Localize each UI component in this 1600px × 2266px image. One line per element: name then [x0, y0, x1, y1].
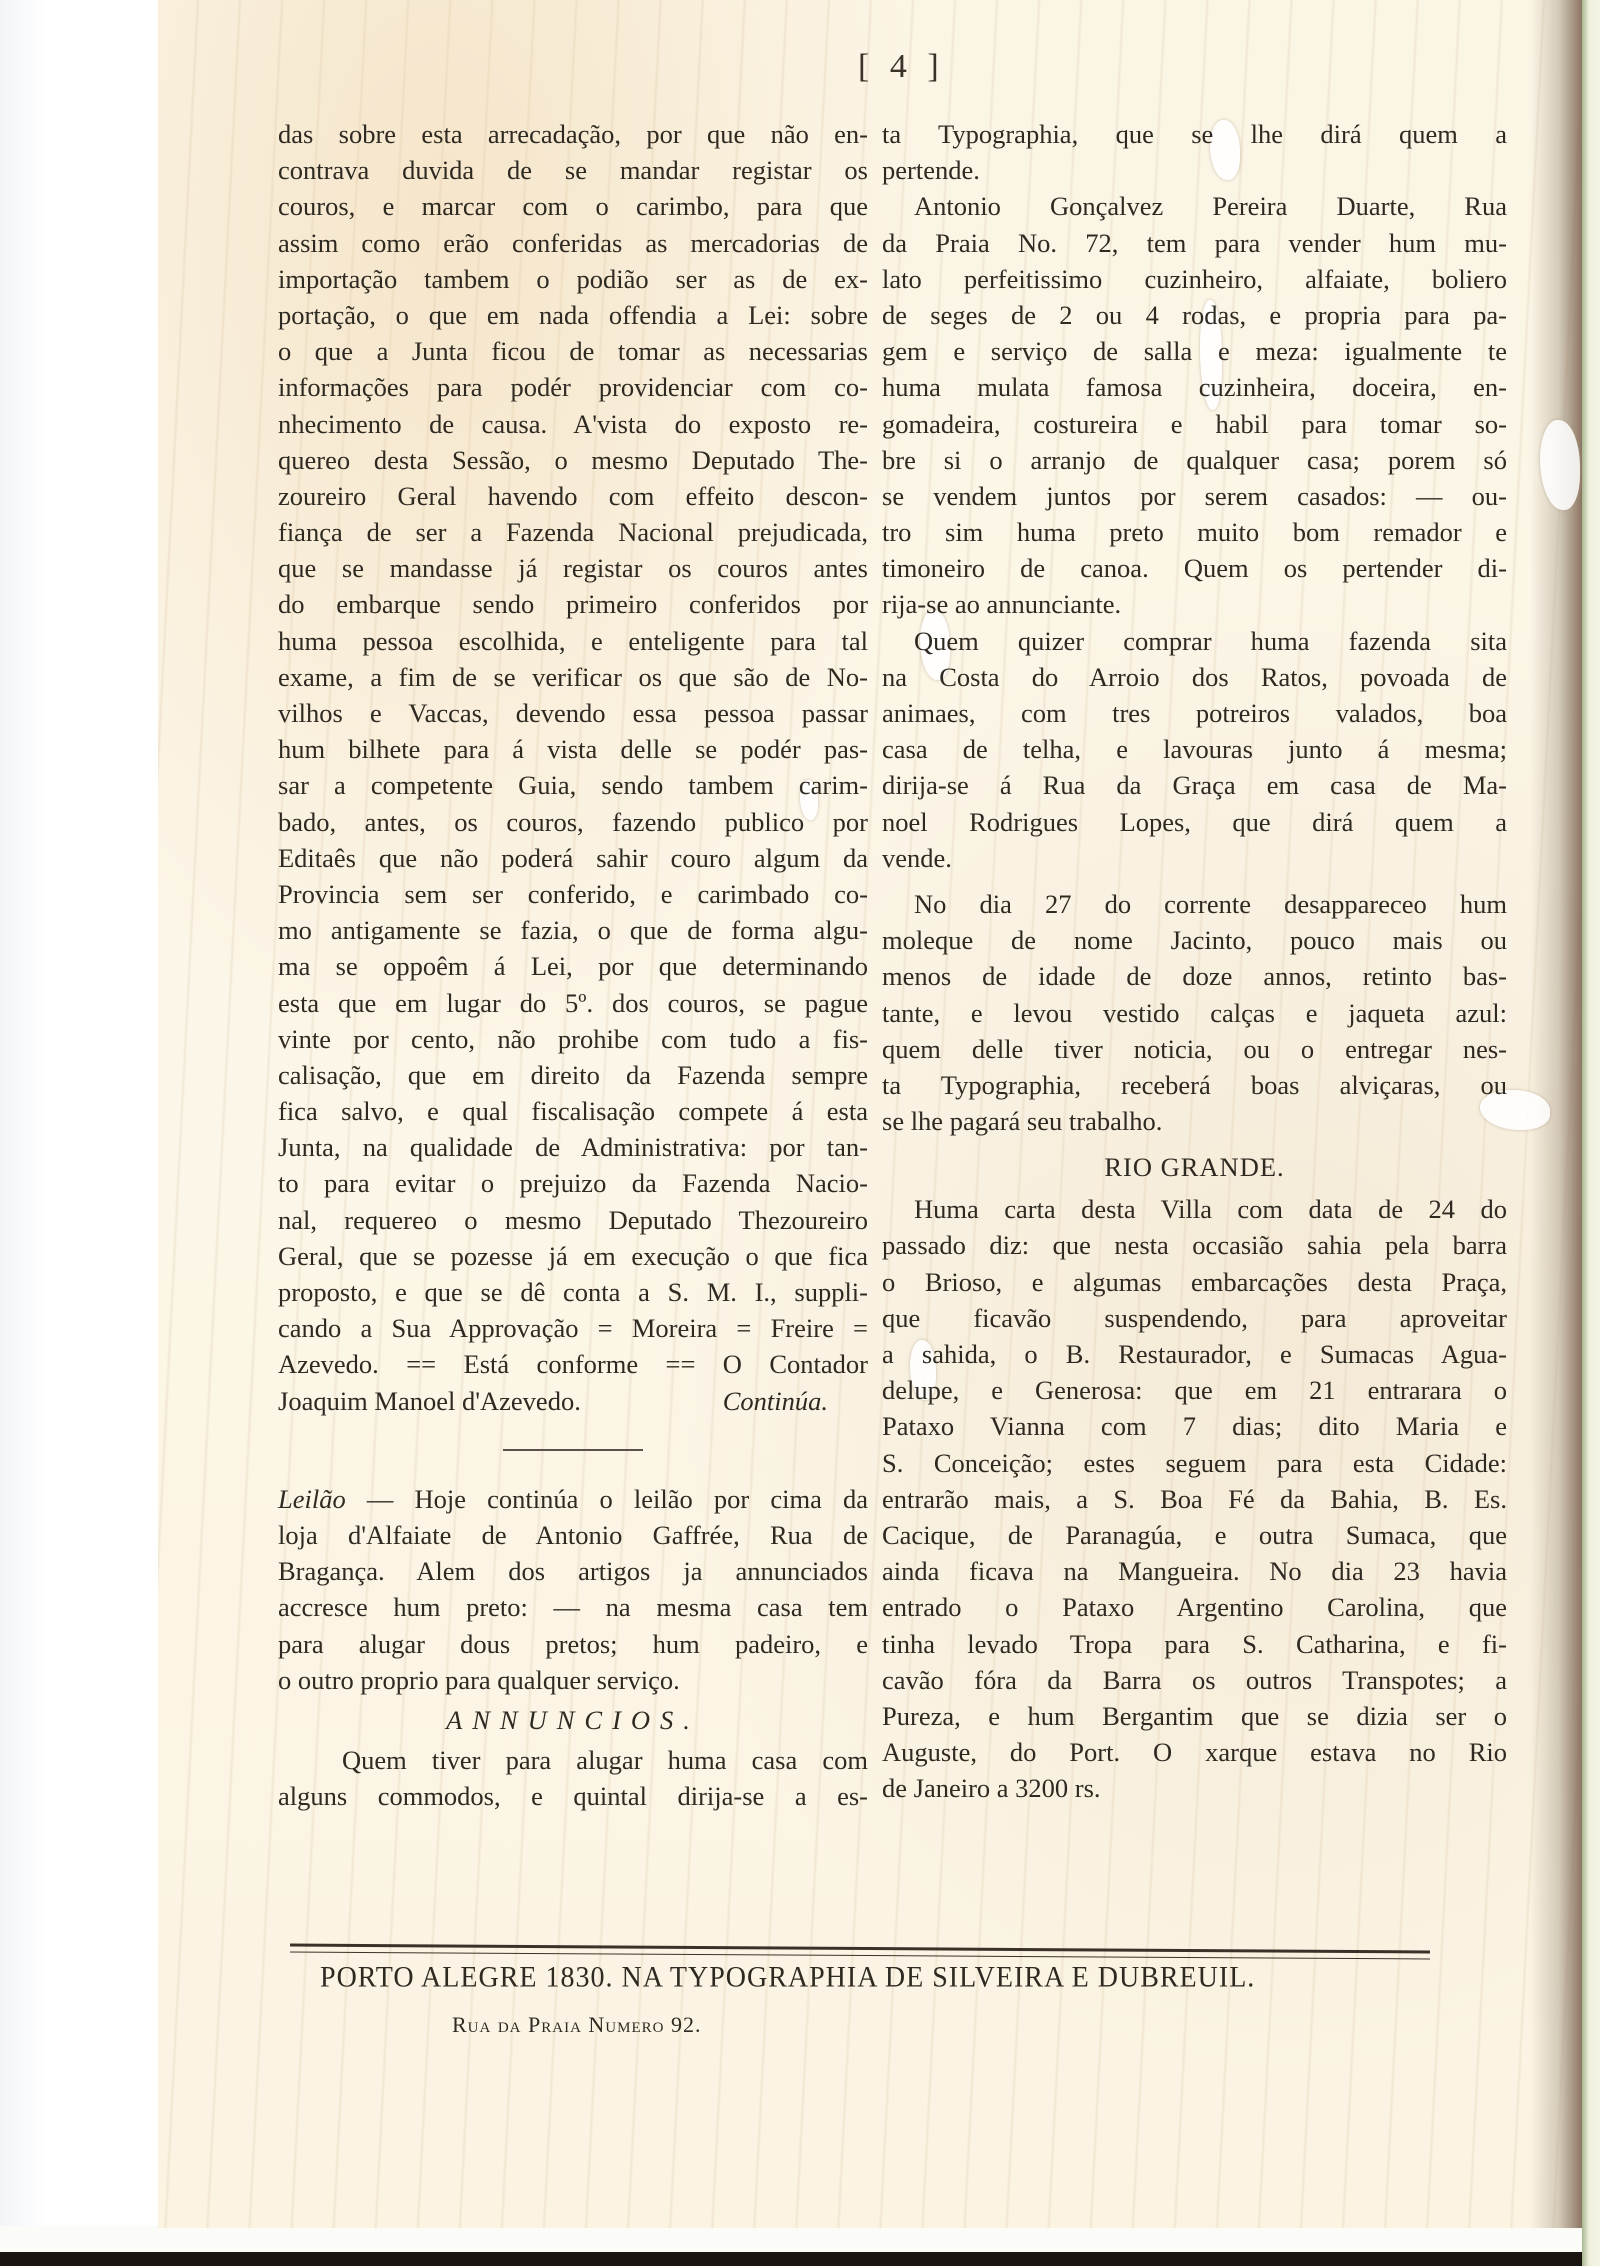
report-line: o Brioso, e algumas embarcações desta Pr…	[882, 1264, 1507, 1300]
annuncio-line: Quem quizer comprar huma fazenda sita	[882, 623, 1507, 659]
section-divider	[503, 1449, 643, 1451]
report-line: Pataxo Vianna com 7 dias; dito Maria e	[882, 1408, 1507, 1444]
annuncio-house-rental: Quem tiver para alugar huma casa com alg…	[278, 1742, 868, 1814]
annuncio-line: se lhe pagará seu trabalho.	[882, 1103, 1507, 1139]
leilao-first-line: Leilão — Hoje continúa o leilão por cima…	[278, 1481, 868, 1517]
report-line: entrarão mais, a S. Boa Fé da Bahia, B. …	[882, 1481, 1507, 1517]
leilao-title: Leilão	[278, 1484, 346, 1514]
article-line: o que a Junta ficou de tomar as necessar…	[278, 333, 868, 369]
report-line: que ficavão suspendendo, para aproveitar	[882, 1300, 1507, 1336]
annuncio-line: alguns commodos, e quintal dirija-se a e…	[278, 1778, 868, 1814]
leilao-line: loja d'Alfaiate de Antonio Gaffrée, Rua …	[278, 1517, 868, 1553]
annuncio-house-rental-continued: ta Typographia, que se lhe dirá quem a p…	[882, 116, 1507, 188]
annuncio-line: Quem tiver para alugar huma casa com	[278, 1742, 868, 1778]
article-line: sar a competente Guia, sendo tambem cari…	[278, 767, 868, 803]
report-line: passado diz: que nesta occasião sahia pe…	[882, 1227, 1507, 1263]
annuncio-line: pertende.	[882, 152, 1507, 188]
article-line: esta que em lugar do 5º. dos couros, se …	[278, 985, 868, 1021]
article-line: exame, a fim de se verificar os que são …	[278, 659, 868, 695]
report-line: ainda ficava na Mangueira. No dia 23 hav…	[882, 1553, 1507, 1589]
article-line: vilhos e Vaccas, devendo essa pessoa pas…	[278, 695, 868, 731]
article-line: bado, antes, os couros, fazendo publico …	[278, 804, 868, 840]
leilao-notice: Leilão — Hoje continúa o leilão por cima…	[278, 1481, 868, 1698]
report-line: entrado o Pataxo Argentino Carolina, que	[882, 1589, 1507, 1625]
article-line: fiança de ser a Fazenda Nacional prejudi…	[278, 514, 868, 550]
right-edge-strip	[1582, 0, 1600, 2266]
leilao-line: Bragança. Alem dos artigos ja annunciado…	[278, 1553, 868, 1589]
article-line: Editaês que não poderá sahir couro algum…	[278, 840, 868, 876]
annuncio-line: rija-se ao annunciante.	[882, 586, 1507, 622]
annuncio-farm-for-sale: Quem quizer comprar huma fazenda sita na…	[882, 623, 1507, 876]
article-line: assim como erão conferidas as mercadoria…	[278, 225, 868, 261]
annuncio-line: quem delle tiver noticia, ou o entregar …	[882, 1031, 1507, 1067]
report-line: Cacique, de Paranagúa, e outra Sumaca, q…	[882, 1517, 1507, 1553]
rio-grande-report: Huma carta desta Villa com data de 24 do…	[882, 1191, 1507, 1806]
annuncio-line: No dia 27 do corrente desappareceo hum	[882, 886, 1507, 922]
annuncio-line: se vendem juntos por serem casados: — ou…	[882, 478, 1507, 514]
article-line: das sobre esta arrecadação, por que não …	[278, 116, 868, 152]
article-line: Provincia sem ser conferido, e carimbado…	[278, 876, 868, 912]
article-line: Junta, na qualidade de Administrativa: p…	[278, 1129, 868, 1165]
leilao-line: para alugar dous pretos; hum padeiro, e	[278, 1626, 868, 1662]
annuncio-line: bre si o arranjo de qualquer casa; porem…	[882, 442, 1507, 478]
left-column: das sobre esta arrecadação, por que não …	[278, 116, 868, 1814]
article-line: vinte por cento, não prohibe com tudo a …	[278, 1021, 868, 1057]
report-line: de Janeiro a 3200 rs.	[882, 1770, 1507, 1806]
scan-background-bottom	[0, 2226, 1600, 2252]
annuncio-line: dirija-se á Rua da Graça em casa de Ma-	[882, 767, 1507, 803]
article-line: huma pessoa escolhida, e enteligente par…	[278, 623, 868, 659]
annuncio-line: da Praia No. 72, tem para vender hum mu-	[882, 225, 1507, 261]
annuncio-line: ta Typographia, que se lhe dirá quem a	[882, 116, 1507, 152]
annuncio-line: tro sim huma preto muito bom remador e	[882, 514, 1507, 550]
page-number: [ 4 ]	[858, 48, 945, 86]
article-line: cando a Sua Approvação = Moreira = Freir…	[278, 1310, 868, 1346]
annuncio-line: na Costa do Arroio dos Ratos, povoada de	[882, 659, 1507, 695]
annuncio-line: animaes, com tres potreiros valados, boa	[882, 695, 1507, 731]
annuncio-slaves-for-sale: Antonio Gonçalvez Pereira Duarte, Rua da…	[882, 188, 1507, 622]
article-line: mo antigamente se fazia, o que de forma …	[278, 912, 868, 948]
article-line: hum bilhete para á vista delle se podér …	[278, 731, 868, 767]
annuncios-heading: ANNUNCIOS.	[278, 1700, 868, 1740]
scan-background-left	[0, 0, 160, 2266]
scan-edge-dark	[0, 2252, 1600, 2266]
annuncio-line: casa de telha, e lavouras junto á mesma;	[882, 731, 1507, 767]
article-line: do embarque sendo primeiro conferidos po…	[278, 586, 868, 622]
right-column: ta Typographia, que se lhe dirá quem a p…	[882, 116, 1507, 1806]
article-line: informações para podér providenciar com …	[278, 369, 868, 405]
leilao-dash: —	[346, 1484, 415, 1514]
article-line: ma se oppoêm á Lei, por que determinando	[278, 948, 868, 984]
annuncio-line: lato perfeitissimo cuzinheiro, alfaiate,…	[882, 261, 1507, 297]
report-line: tinha levado Tropa para S. Catharina, e …	[882, 1626, 1507, 1662]
annuncio-line: moleque de nome Jacinto, pouco mais ou	[882, 922, 1507, 958]
article-line: quereo desta Sessão, o mesmo Deputado Th…	[278, 442, 868, 478]
imprint-address: Rua da Praia Numero 92.	[452, 2012, 701, 2038]
article-line: que se mandasse já registar os couros an…	[278, 550, 868, 586]
article-line: nal, requereo o mesmo Deputado Thezourei…	[278, 1202, 868, 1238]
article-line: nhecimento de causa. A'vista do exposto …	[278, 406, 868, 442]
article-line: couros, e marcar com o carimbo, para que	[278, 188, 868, 224]
article-line: Geral, que se pozesse já em execução o q…	[278, 1238, 868, 1274]
article-line: contrava duvida de se mandar registar os	[278, 152, 868, 188]
report-line: Auguste, do Port. O xarque estava no Rio	[882, 1734, 1507, 1770]
article-line: fica salvo, e qual fiscalisação compete …	[278, 1093, 868, 1129]
annuncio-line: gem e serviço de salla e meza: igualment…	[882, 333, 1507, 369]
report-line: a sahida, o B. Restaurador, e Sumacas Ag…	[882, 1336, 1507, 1372]
leilao-line: Hoje continúa o leilão por cima da	[415, 1484, 869, 1514]
article-continuation: das sobre esta arrecadação, por que não …	[278, 116, 868, 1419]
annuncio-line: timoneiro de canoa. Quem os pertender di…	[882, 550, 1507, 586]
article-line: portação, o que em nada offendia a Lei: …	[278, 297, 868, 333]
spacer	[882, 876, 1507, 886]
article-line: Azevedo. == Está conforme == O Contador	[278, 1346, 868, 1382]
leilao-line: accresce hum preto: — na mesma casa tem	[278, 1589, 868, 1625]
annuncio-line: ta Typographia, receberá boas alviçaras,…	[882, 1067, 1507, 1103]
annuncio-line: de seges de 2 ou 4 rodas, e propria para…	[882, 297, 1507, 333]
report-line: Huma carta desta Villa com data de 24 do	[882, 1191, 1507, 1227]
annuncio-line: gomadeira, costureira e habil para tomar…	[882, 406, 1507, 442]
article-line: proposto, e que se dê conta a S. M. I., …	[278, 1274, 868, 1310]
continued-note: Continúa.	[723, 1383, 828, 1419]
article-line: importação tambem o podião ser as de ex-	[278, 261, 868, 297]
annuncio-line: noel Rodrigues Lopes, que dirá quem a	[882, 804, 1507, 840]
article-line: to para evitar o prejuizo da Fazenda Nac…	[278, 1165, 868, 1201]
annuncio-line: huma mulata famosa cuzinheira, doceira, …	[882, 369, 1507, 405]
annuncio-line: Antonio Gonçalvez Pereira Duarte, Rua	[882, 188, 1507, 224]
article-line: zoureiro Geral havendo com effeito desco…	[278, 478, 868, 514]
report-line: Pureza, e hum Bergantim que se dizia ser…	[882, 1698, 1507, 1734]
article-signoff: Joaquim Manoel d'Azevedo. Continúa.	[278, 1383, 868, 1419]
annuncio-line: menos de idade de doze annos, retinto ba…	[882, 958, 1507, 994]
signoff-name: Joaquim Manoel d'Azevedo.	[278, 1383, 581, 1419]
annuncio-missing-boy: No dia 27 do corrente desappareceo hum m…	[882, 886, 1507, 1139]
report-line: S. Conceição; estes seguem para esta Cid…	[882, 1445, 1507, 1481]
report-line: cavão fóra da Barra os outros Transpotes…	[882, 1662, 1507, 1698]
imprint-publisher: PORTO ALEGRE 1830. NA TYPOGRAPHIA DE SIL…	[320, 1961, 1420, 1995]
annuncio-line: vende.	[882, 840, 1507, 876]
leilao-line: o outro proprio para qualquer serviço.	[278, 1662, 868, 1698]
annuncio-line: tante, e levou vestido calças e jaqueta …	[882, 995, 1507, 1031]
article-line: calisação, que em direito da Fazenda sem…	[278, 1057, 868, 1093]
rio-grande-heading: RIO GRANDE.	[882, 1147, 1507, 1187]
report-line: delupe, e Generosa: que em 21 entrarara …	[882, 1372, 1507, 1408]
